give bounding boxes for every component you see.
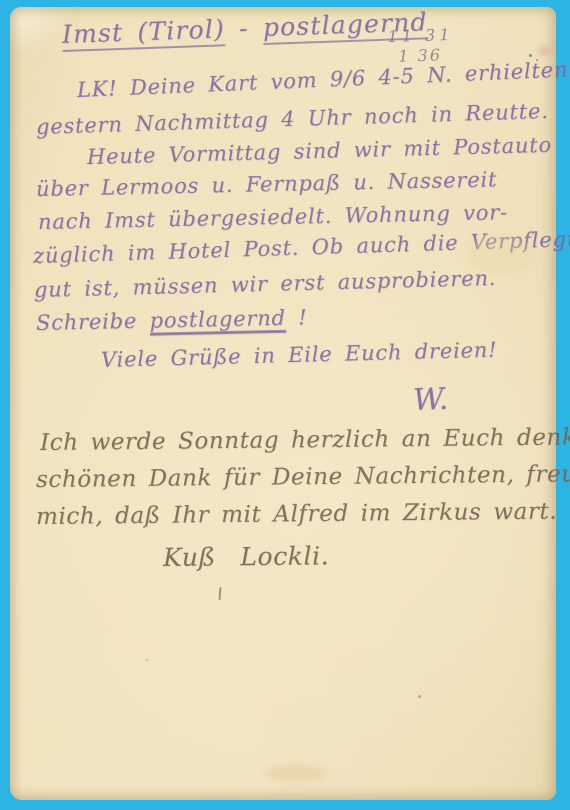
- ink-speck: [536, 59, 538, 61]
- paper-stain: [465, 235, 535, 275]
- signature: W.: [412, 382, 448, 418]
- write-prompt-line: Schreibe postlagernd !: [36, 305, 308, 335]
- scratch-mark: [219, 587, 222, 600]
- message-line-4: über Lermoos u. Fernpaß u. Nassereit: [36, 167, 498, 201]
- separator-text: -: [239, 13, 250, 42]
- write-prompt-prefix: Schreibe: [36, 309, 150, 335]
- write-prompt-suffix: !: [298, 305, 308, 329]
- postcard: Imst (Tirol) - postlagernd 11 31 1 36 LK…: [10, 7, 556, 800]
- message-line-1: LK! Deine Kart vom 9/6 4-5 N. erhielten …: [76, 55, 570, 102]
- paper-speck: [146, 659, 148, 661]
- paper-stain: [265, 765, 325, 781]
- pencil-line-1: Ich werde Sonntag herzlich an Euch denke…: [40, 424, 570, 456]
- ink-speck: [529, 54, 532, 57]
- pencil-line-2: schönen Dank für Deine Nachrichten, freu…: [36, 461, 570, 493]
- pencil-closing-line: Kuß Lockli.: [163, 541, 330, 572]
- address-line: Imst (Tirol) - postlagernd: [61, 7, 428, 49]
- pencil-note-row-1: 11 31: [387, 25, 453, 46]
- write-prompt-underlined: postlagernd: [149, 306, 286, 335]
- pencil-line-3: mich, daß Ihr mit Alfred im Zirkus wart.: [36, 499, 558, 530]
- message-line-3: Heute Vormittag sind wir mit Postauto: [87, 133, 553, 169]
- farewell-line: Viele Grüße in Eile Euch dreien!: [101, 338, 498, 372]
- pencil-date-note: 11 31 1 36: [387, 25, 454, 66]
- scanner-background: Imst (Tirol) - postlagernd 11 31 1 36 LK…: [0, 0, 570, 810]
- paper-speck: [418, 695, 421, 698]
- place-text: Imst (Tirol): [61, 14, 225, 52]
- message-line-7: gut ist, müssen wir erst ausprobieren.: [34, 266, 497, 302]
- message-line-2: gestern Nachmittag 4 Uhr noch in Reutte.: [36, 99, 549, 139]
- message-line-5: nach Imst übergesiedelt. Wohnung vor-: [38, 200, 508, 234]
- pink-smudge: [538, 47, 552, 55]
